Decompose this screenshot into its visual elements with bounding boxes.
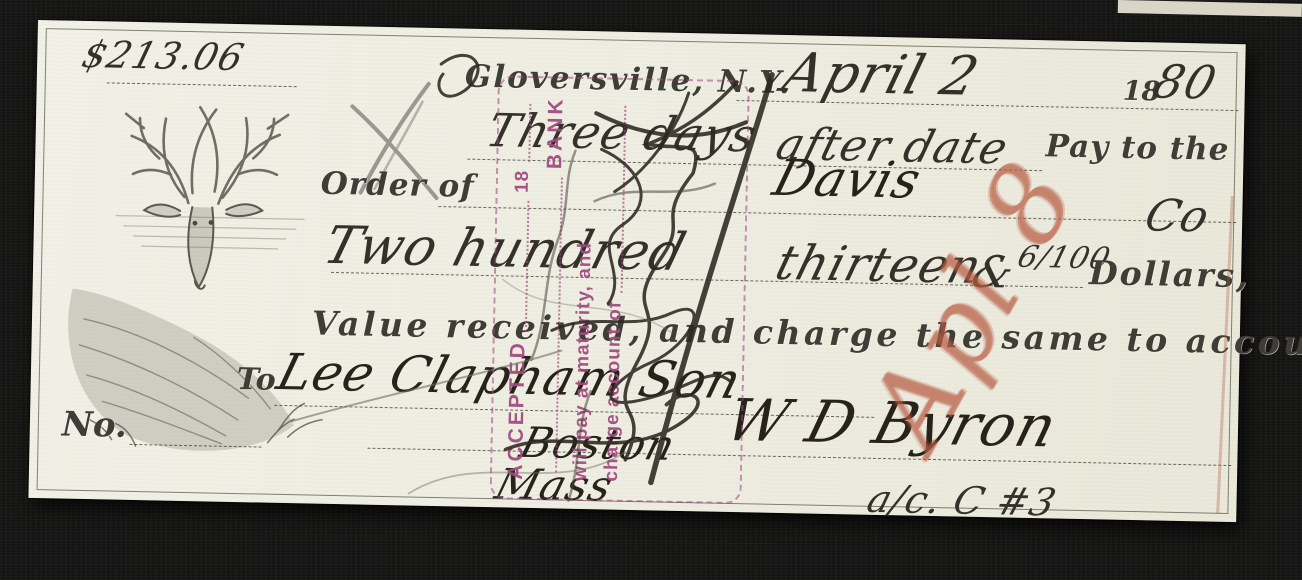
auction-photo-scene: $213.06: [0, 0, 1302, 580]
check-photo: $213.06: [28, 20, 1245, 522]
stray-paper-edge: [1118, 0, 1302, 17]
